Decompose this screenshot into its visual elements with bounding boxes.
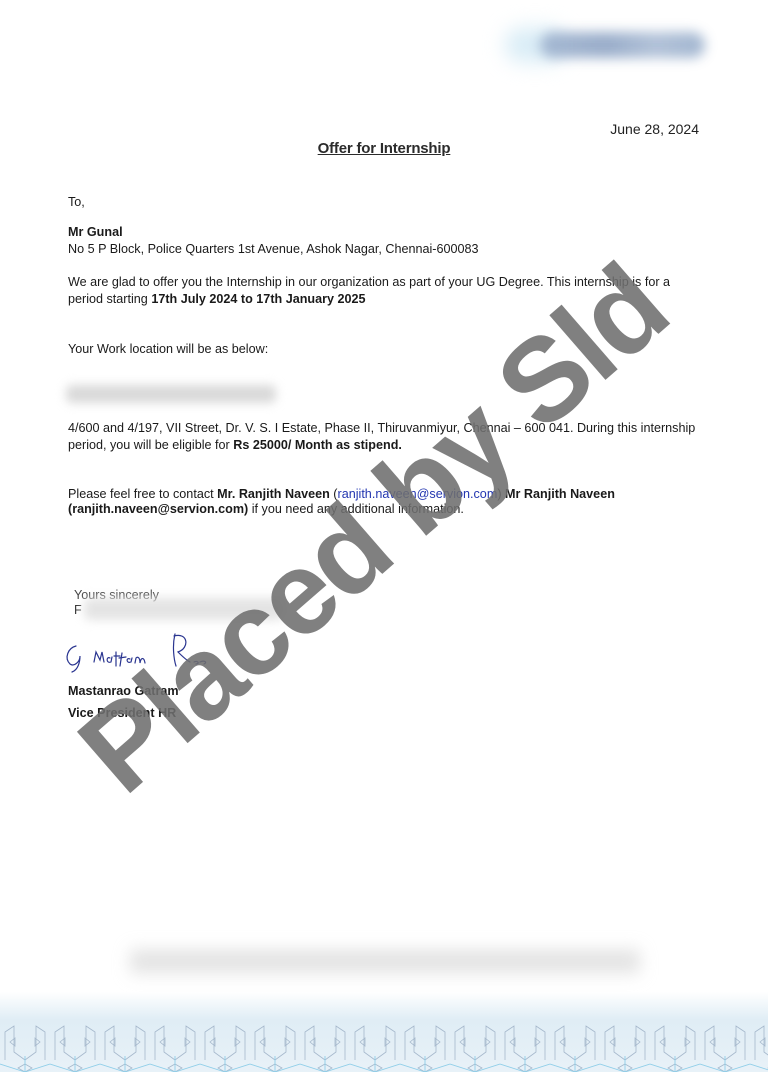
footer-decorative-pattern [0,992,768,1072]
salutation: To, [68,194,708,211]
contact-name: Ranjith Naveen [239,487,330,501]
work-location-intro: Your Work location will be as below: [68,341,708,358]
paren-close: ) [497,487,505,501]
letter-date: June 28, 2024 [610,121,699,137]
recipient-address: No 5 P Block, Police Quarters 1st Avenue… [68,241,708,258]
contact-email-2: (ranjith.naveen@servion.com) [68,502,248,516]
recipient-block: Mr Gunal No 5 P Block, Police Quarters 1… [68,224,708,258]
paren-open: ( [330,487,338,501]
offer-paragraph: We are glad to offer you the Internship … [68,274,708,308]
company-logo-redacted [540,32,705,58]
contact-paragraph: Please feel free to contact Mr. Ranjith … [68,487,718,517]
work-location-company-redacted [66,385,276,403]
work-location-paragraph: 4/600 and 4/197, VII Street, Dr. V. S. I… [68,420,718,454]
watermark-text: Placed by Sld [53,239,692,819]
contact-email-link[interactable]: ranjith.naveen@servion.com [338,487,498,501]
signature-image [62,626,222,676]
company-name-redacted [84,598,284,620]
hexagon-pattern-icon [0,1012,768,1072]
internship-period: 17th July 2024 to 17th January 2025 [151,292,365,306]
contact-suffix: if you need any additional information. [248,502,464,516]
letter-title: Offer for Internship [0,140,768,157]
contact-title: Mr. [217,487,239,501]
stipend: Rs 25000/ Month as stipend. [233,438,402,452]
footer-text-redacted [130,945,640,975]
recipient-name: Mr Gunal [68,224,708,241]
contact-prefix: Please feel free to contact [68,487,217,501]
signer-title: Vice President HR [68,705,708,722]
contact-name-2: Mr Ranjith Naveen [505,487,615,501]
signer-name: Mastanrao Gatram [68,683,708,700]
